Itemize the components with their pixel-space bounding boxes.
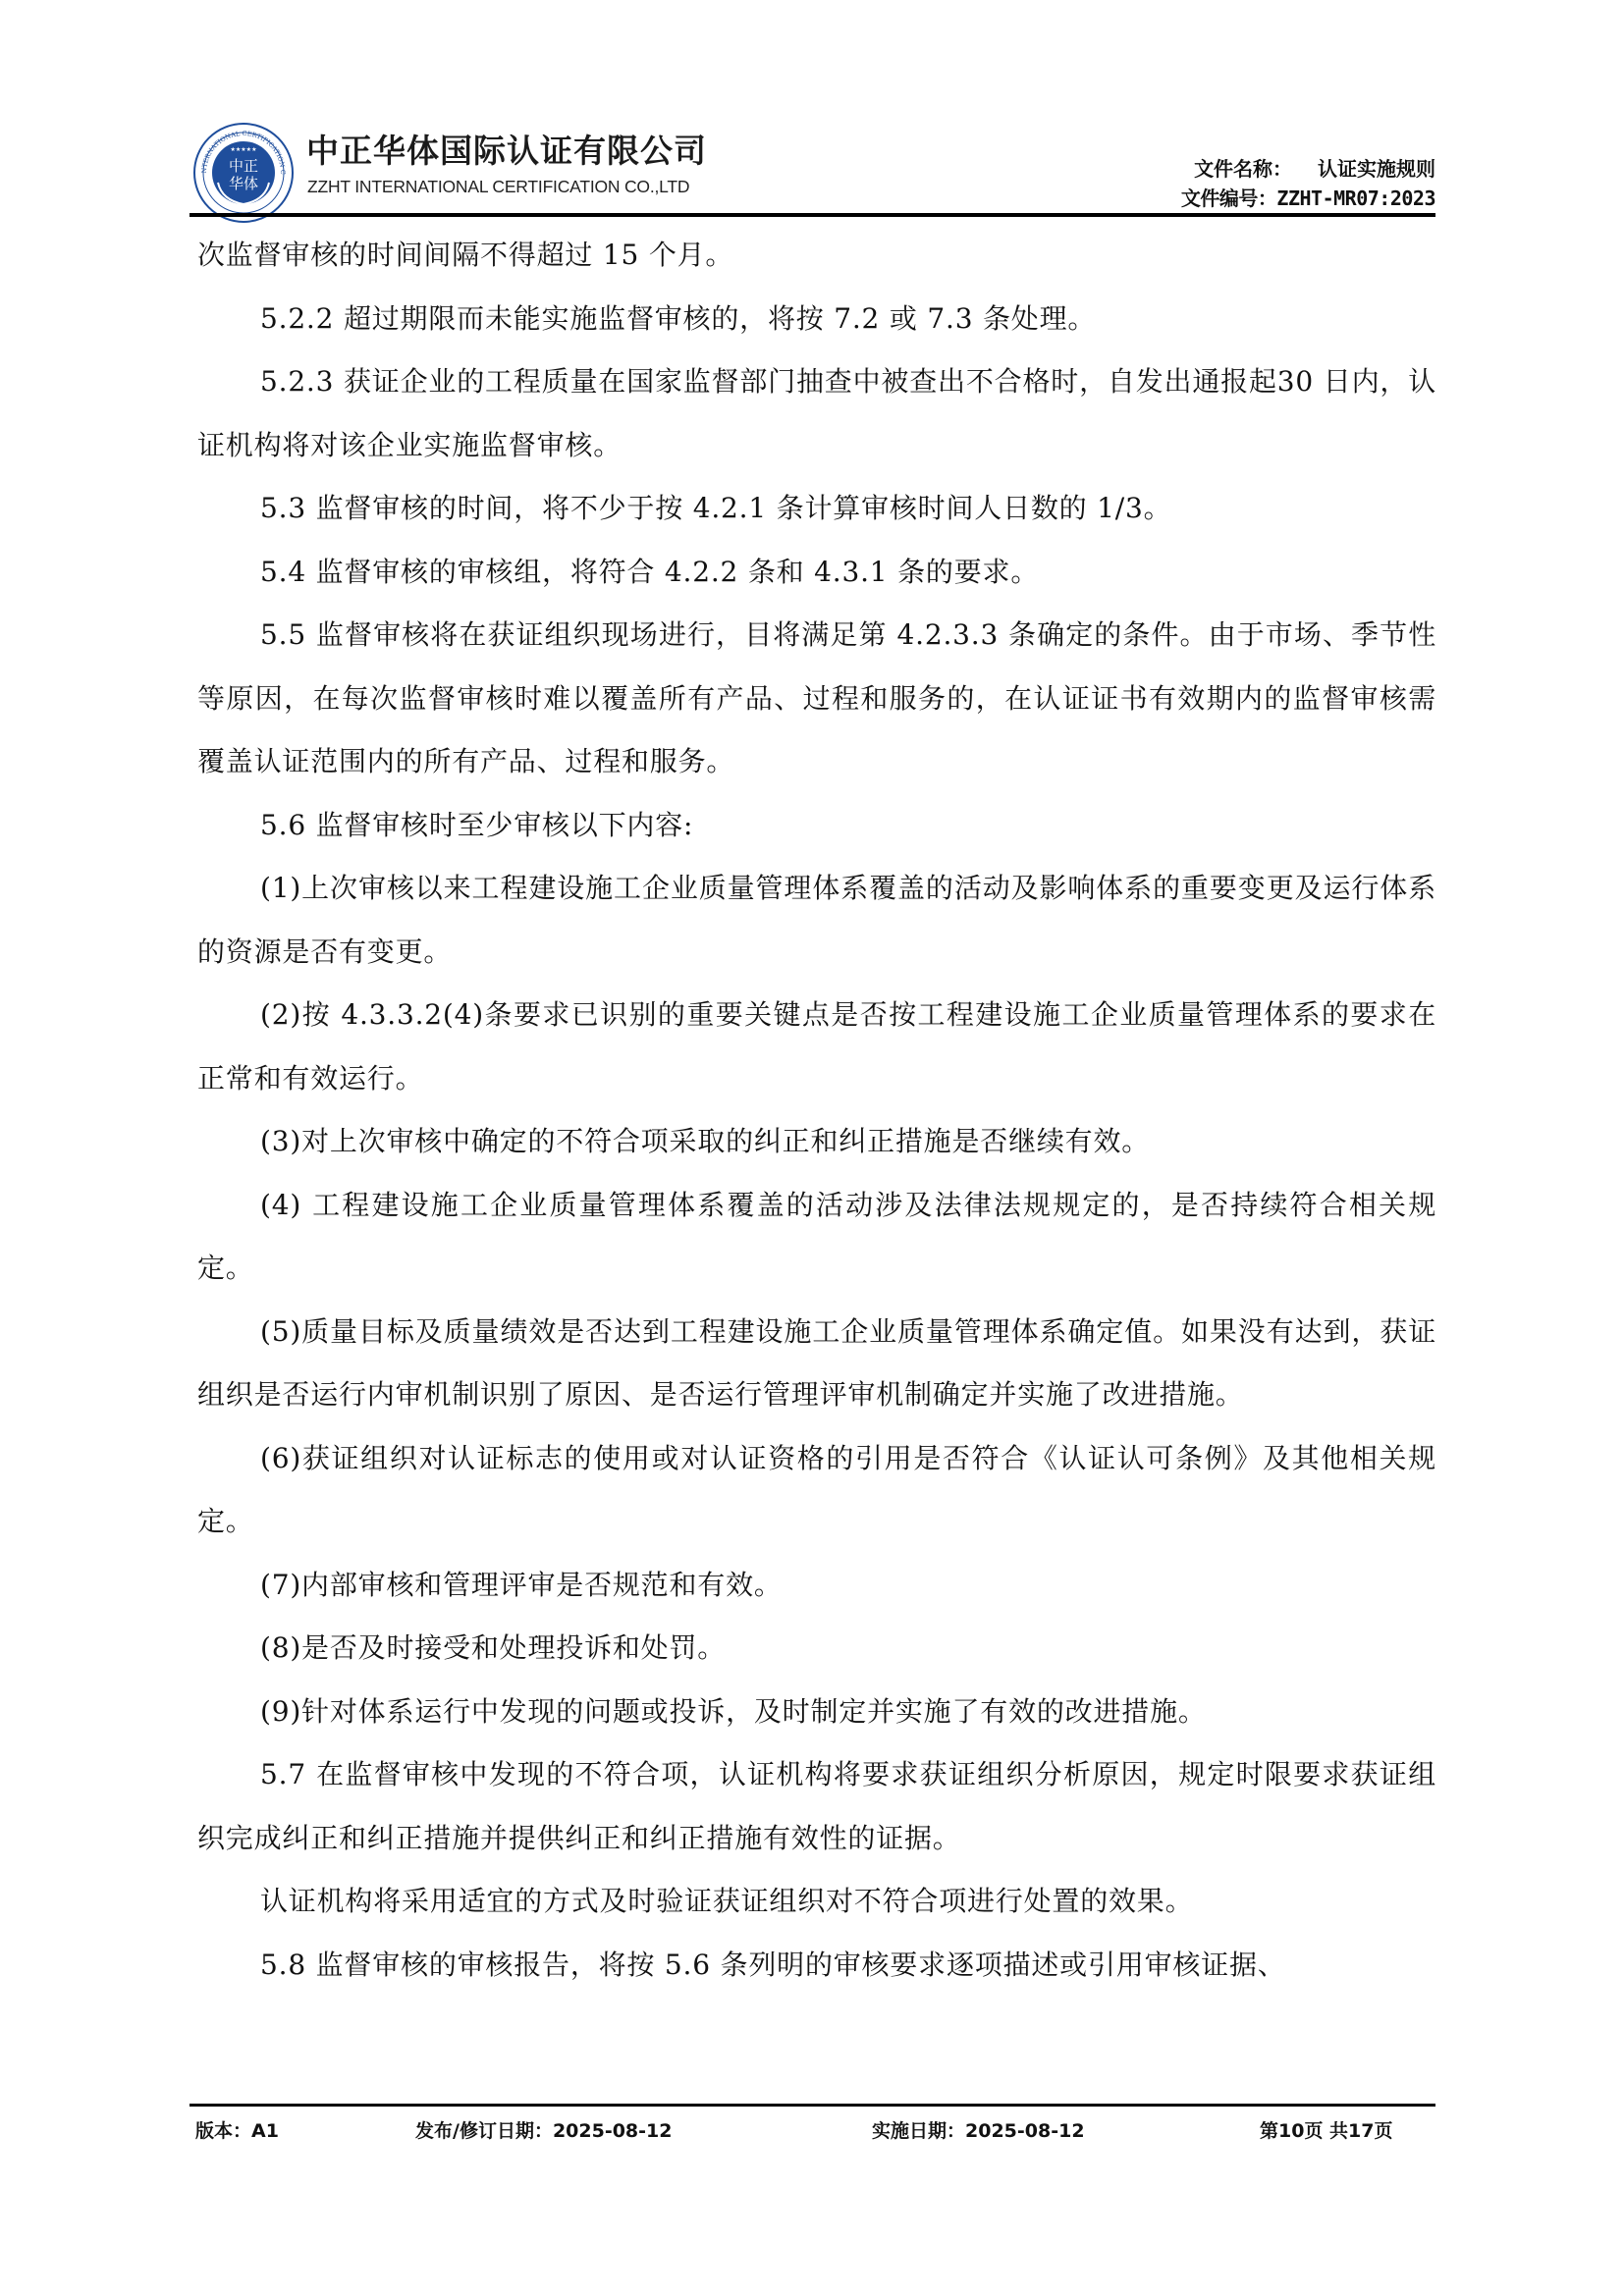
list-item: (4) 工程建设施工企业质量管理体系覆盖的活动涉及法律法规规定的，是否持续符合相… xyxy=(197,1174,1436,1301)
paragraph: 5.3 监督审核的时间，将不少于按 4.2.1 条计算审核时间人日数的 1/3。 xyxy=(197,477,1436,541)
list-item: (3)对上次审核中确定的不符合项采取的纠正和纠正措施是否继续有效。 xyxy=(197,1110,1436,1174)
list-item: (5)质量目标及质量绩效是否达到工程建设施工企业质量管理体系确定值。如果没有达到… xyxy=(197,1301,1436,1427)
document-body: 次监督审核的时间间隔不得超过 15 个月。 5.2.2 超过期限而未能实施监督审… xyxy=(197,224,1436,1997)
doc-name-label: 文件名称： xyxy=(1194,157,1292,181)
paragraph: 5.2.2 超过期限而未能实施监督审核的，将按 7.2 或 7.3 条处理。 xyxy=(197,288,1436,351)
header-divider xyxy=(189,213,1435,217)
list-item: (8)是否及时接受和处理投诉和处罚。 xyxy=(197,1617,1436,1681)
paragraph: 5.4 监督审核的审核组，将符合 4.2.2 条和 4.3.1 条的要求。 xyxy=(197,541,1436,605)
footer-version: 版本：A1 xyxy=(195,2116,279,2143)
footer-issue-date: 发布/修订日期：2025-08-12 xyxy=(415,2116,672,2143)
paragraph: 5.8 监督审核的审核报告，将按 5.6 条列明的审核要求逐项描述或引用审核证据… xyxy=(197,1934,1436,1998)
list-item: (1)上次审核以来工程建设施工企业质量管理体系覆盖的活动及影响体系的重要变更及运… xyxy=(197,857,1436,984)
svg-text:中正: 中正 xyxy=(229,157,258,175)
doc-name: 文件名称： 认证实施规则 xyxy=(1194,153,1435,182)
doc-code: 文件编号：ZZHT-MR07:2023 xyxy=(1181,183,1435,211)
doc-code-label: 文件编号： xyxy=(1181,187,1277,210)
paragraph: 5.6 监督审核时至少审核以下内容: xyxy=(197,794,1436,858)
list-item: (2)按 4.3.3.2(4)条要求已识别的重要关键点是否按工程建设施工企业质量… xyxy=(197,984,1436,1110)
list-item: (6)获证组织对认证标志的使用或对认证资格的引用是否符合《认证认可条例》及其他相… xyxy=(197,1427,1436,1554)
list-item: (7)内部审核和管理评审是否规范和有效。 xyxy=(197,1554,1436,1618)
paragraph: 5.5 监督审核将在获证组织现场进行，目将满足第 4.2.3.3 条确定的条件。… xyxy=(197,604,1436,794)
svg-text:华体: 华体 xyxy=(229,175,258,192)
company-name-cn: 中正华体国际认证有限公司 xyxy=(306,126,707,172)
footer-effective-date: 实施日期：2025-08-12 xyxy=(872,2116,1085,2143)
paragraph: 认证机构将采用适宜的方式及时验证获证组织对不符合项进行处置的效果。 xyxy=(197,1870,1436,1934)
list-item: (9)针对体系运行中发现的问题或投诉，及时制定并实施了有效的改进措施。 xyxy=(197,1681,1436,1744)
company-seal-logo-icon: 中正 华体 ★★★★★ ZZHT INTERNATIONAL CERTIFICA… xyxy=(192,122,295,224)
paragraph: 次监督审核的时间间隔不得超过 15 个月。 xyxy=(197,224,1436,288)
company-name-en: ZZHT INTERNATIONAL CERTIFICATION CO.,LTD xyxy=(307,177,689,197)
footer-page-number: 第10页 共17页 xyxy=(1260,2116,1393,2143)
paragraph: 5.2.3 获证企业的工程质量在国家监督部门抽查中被查出不合格时，自发出通报起3… xyxy=(197,350,1436,477)
doc-name-value: 认证实施规则 xyxy=(1318,157,1435,181)
doc-code-value: ZZHT-MR07:2023 xyxy=(1276,187,1435,210)
paragraph: 5.7 在监督审核中发现的不符合项，认证机构将要求获证组织分析原因，规定时限要求… xyxy=(197,1743,1436,1870)
footer-divider xyxy=(189,2104,1435,2107)
svg-text:★★★★★: ★★★★★ xyxy=(231,146,257,153)
